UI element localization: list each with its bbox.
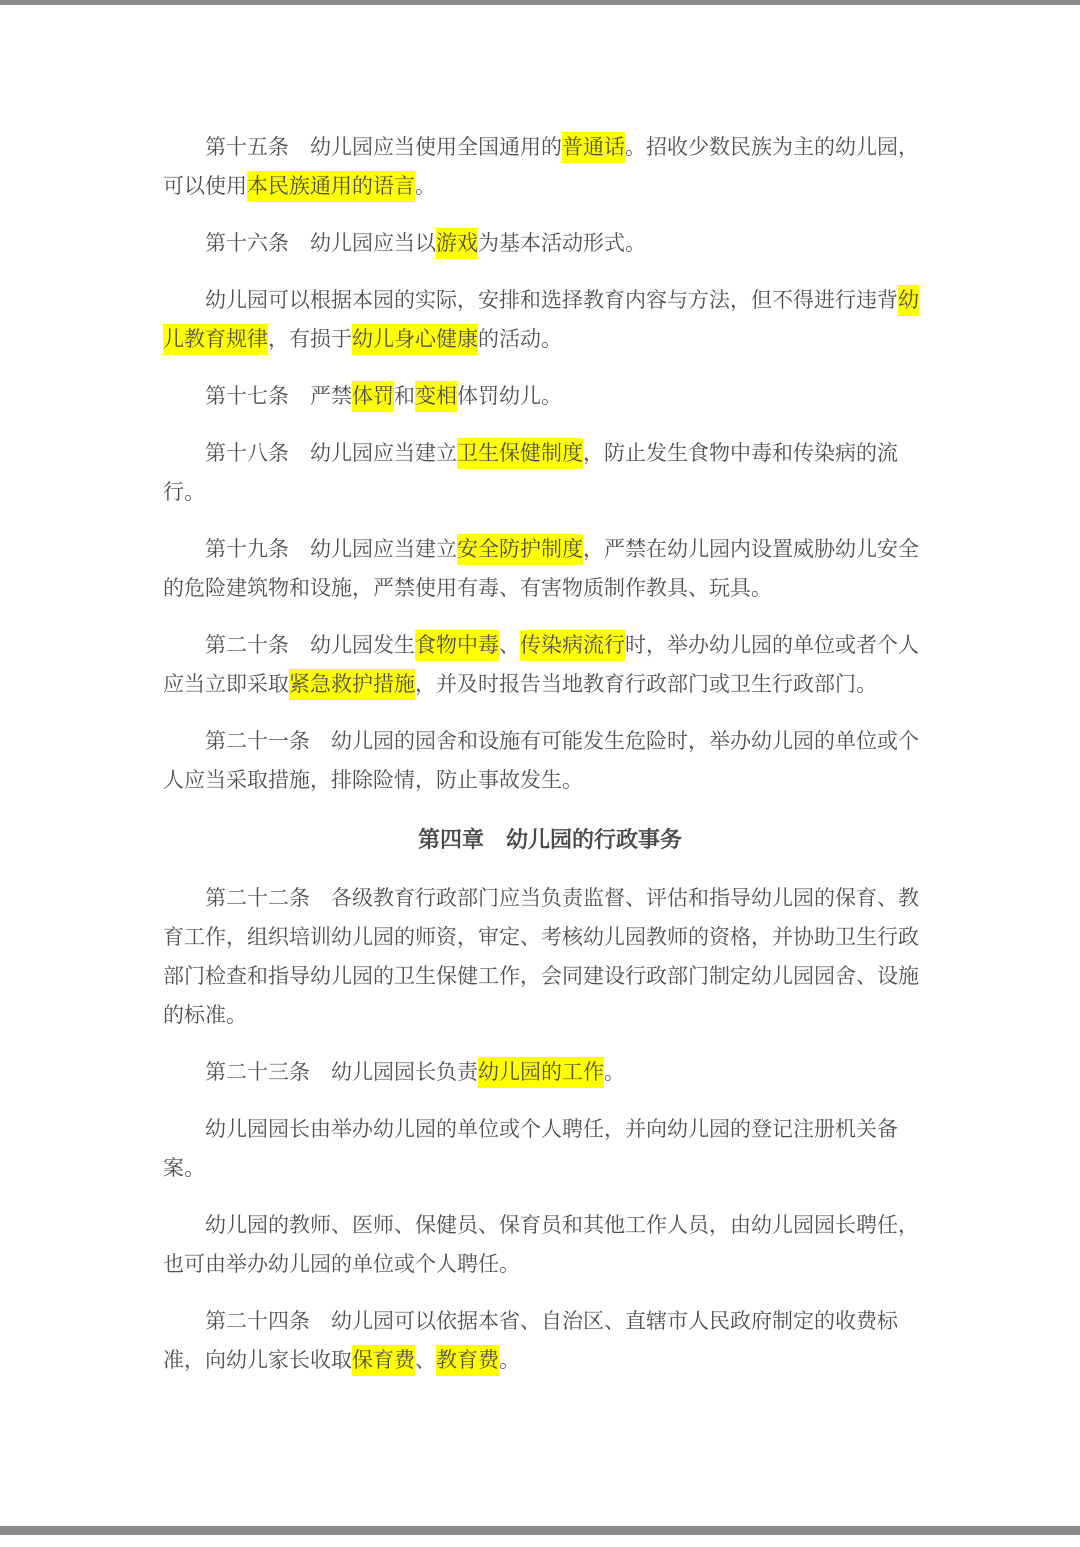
text-run: 第四章 幼儿园的行政事务	[418, 827, 682, 852]
article-21: 第二十一条 幼儿园的园舍和设施有可能发生危险时，举办幼儿园的单位或个人应当采取措…	[163, 722, 937, 800]
text-run: 第二十一条 幼儿园的园舍和设施有可能发生危险时，举办幼儿园的单位或个人应当采取措…	[163, 730, 919, 792]
document-body: 第十五条 幼儿园应当使用全国通用的普通话。招收少数民族为主的幼儿园，可以使用本民…	[163, 128, 937, 1398]
top-border-bar	[0, 0, 1080, 5]
text-run: 和	[394, 385, 415, 408]
highlighted-text: 变相	[415, 381, 457, 412]
text-run: 第十五条 幼儿园应当使用全国通用的	[205, 136, 562, 159]
highlighted-text: 传染病流行	[520, 630, 625, 661]
article-16: 第十六条 幼儿园应当以游戏为基本活动形式。	[163, 224, 937, 263]
text-run: 。	[604, 1061, 625, 1084]
text-run: 、	[499, 634, 520, 657]
highlighted-text: 普通话	[562, 132, 625, 163]
highlighted-text: 卫生保健制度	[457, 438, 583, 469]
article-18: 第十八条 幼儿园应当建立卫生保健制度，防止发生食物中毒和传染病的流行。	[163, 434, 937, 512]
text-run: 第十八条 幼儿园应当建立	[205, 442, 457, 465]
highlighted-text: 幼儿园的工作	[478, 1057, 604, 1088]
article-23-para-2: 幼儿园园长由举办幼儿园的单位或个人聘任，并向幼儿园的登记注册机关备案。	[163, 1110, 937, 1188]
text-run: 。	[499, 1349, 520, 1372]
article-20: 第二十条 幼儿园发生食物中毒、传染病流行时，举办幼儿园的单位或者个人应当立即采取…	[163, 626, 937, 704]
highlighted-text: 体罚	[352, 381, 394, 412]
article-23: 第二十三条 幼儿园园长负责幼儿园的工作。	[163, 1053, 937, 1092]
document-page: 第十五条 幼儿园应当使用全国通用的普通话。招收少数民族为主的幼儿园，可以使用本民…	[0, 0, 1080, 1547]
text-run: 第二十三条 幼儿园园长负责	[205, 1061, 478, 1084]
article-15: 第十五条 幼儿园应当使用全国通用的普通话。招收少数民族为主的幼儿园，可以使用本民…	[163, 128, 937, 206]
bottom-border-bar	[0, 1526, 1080, 1535]
text-run: 、	[415, 1349, 436, 1372]
chapter-4-heading: 第四章 幼儿园的行政事务	[163, 820, 937, 859]
text-run: 第十七条 严禁	[205, 385, 352, 408]
highlighted-text: 食物中毒	[415, 630, 499, 661]
highlighted-text: 紧急救护措施	[289, 669, 415, 700]
text-run: 第十六条 幼儿园应当以	[205, 232, 436, 255]
text-run: 的活动。	[478, 328, 562, 351]
text-run: 幼儿园的教师、医师、保健员、保育员和其他工作人员，由幼儿园园长聘任，也可由举办幼…	[163, 1214, 919, 1276]
highlighted-text: 游戏	[436, 228, 478, 259]
text-run: 幼儿园可以根据本园的实际，安排和选择教育内容与方法，但不得进行违背	[205, 289, 898, 312]
text-run: 第二十二条 各级教育行政部门应当负责监督、评估和指导幼儿园的保育、教育工作，组织…	[163, 887, 919, 1027]
article-16-para-2: 幼儿园可以根据本园的实际，安排和选择教育内容与方法，但不得进行违背幼儿教育规律，…	[163, 281, 937, 359]
article-24: 第二十四条 幼儿园可以依据本省、自治区、直辖市人民政府制定的收费标准，向幼儿家长…	[163, 1302, 937, 1380]
highlighted-text: 幼儿身心健康	[352, 324, 478, 355]
article-23-para-3: 幼儿园的教师、医师、保健员、保育员和其他工作人员，由幼儿园园长聘任，也可由举办幼…	[163, 1206, 937, 1284]
text-run: 。	[415, 175, 436, 198]
highlighted-text: 安全防护制度	[457, 534, 583, 565]
article-17: 第十七条 严禁体罚和变相体罚幼儿。	[163, 377, 937, 416]
text-run: 第十九条 幼儿园应当建立	[205, 538, 457, 561]
text-run: 幼儿园园长由举办幼儿园的单位或个人聘任，并向幼儿园的登记注册机关备案。	[163, 1118, 898, 1180]
article-19: 第十九条 幼儿园应当建立安全防护制度，严禁在幼儿园内设置威胁幼儿安全的危险建筑物…	[163, 530, 937, 608]
highlighted-text: 本民族通用的语言	[247, 171, 415, 202]
article-22: 第二十二条 各级教育行政部门应当负责监督、评估和指导幼儿园的保育、教育工作，组织…	[163, 879, 937, 1035]
text-run: ，有损于	[268, 328, 352, 351]
text-run: 为基本活动形式。	[478, 232, 646, 255]
text-run: 第二十条 幼儿园发生	[205, 634, 415, 657]
highlighted-text: 保育费	[352, 1345, 415, 1376]
highlighted-text: 教育费	[436, 1345, 499, 1376]
text-run: ，并及时报告当地教育行政部门或卫生行政部门。	[415, 673, 877, 696]
text-run: 体罚幼儿。	[457, 385, 562, 408]
text-run: 第二十四条 幼儿园可以依据本省、自治区、直辖市人民政府制定的收费标准，向幼儿家长…	[163, 1310, 898, 1372]
